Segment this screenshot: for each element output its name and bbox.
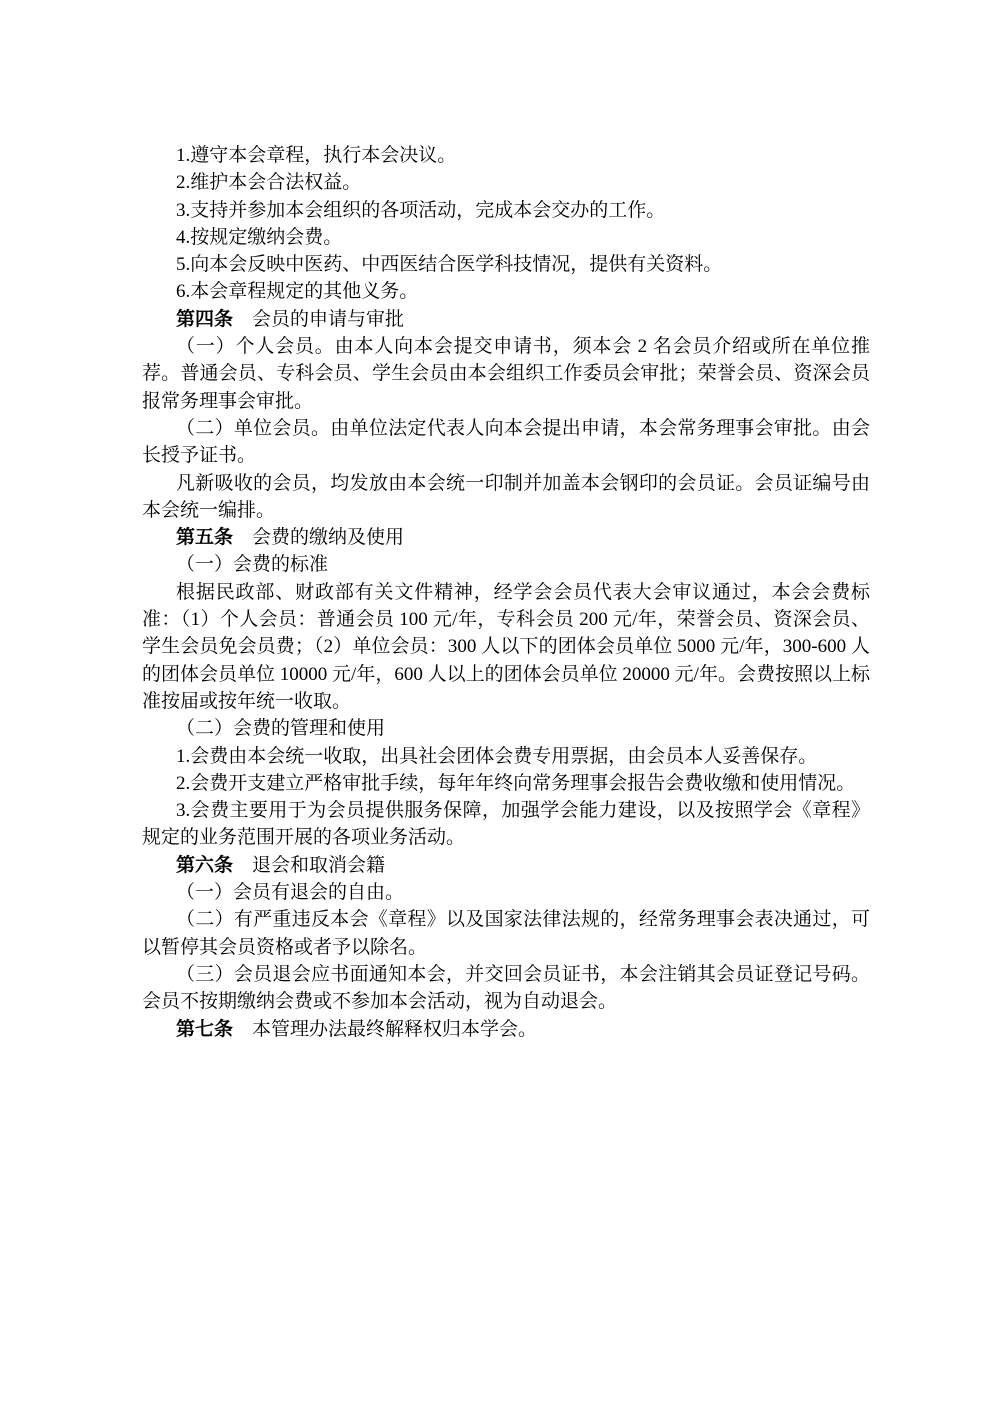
- article-paragraph: 第六条 退会和取消会籍: [142, 852, 870, 879]
- article-title: 会员的申请与审批: [233, 309, 404, 330]
- text-paragraph: 1.会费由本会统一收取，出具社会团体会费专用票据，由会员本人妥善保存。: [142, 743, 870, 770]
- article-paragraph: 第五条 会费的缴纳及使用: [142, 524, 870, 551]
- article-number: 第六条: [176, 855, 233, 876]
- article-number: 第四条: [176, 309, 233, 330]
- paragraph-text: 3.会费主要用于为会员提供服务保障，加强学会能力建设，以及按照学会《章程》规定的…: [142, 800, 870, 848]
- paragraph-text: （一）会费的标准: [176, 554, 328, 575]
- paragraph-text: （一）个人会员。由本人向本会提交申请书，须本会 2 名会员介绍或所在单位推荐。普…: [142, 336, 870, 412]
- text-paragraph: （一）会费的标准: [142, 551, 870, 578]
- text-paragraph: 根据民政部、财政部有关文件精神，经学会会员代表大会审议通过，本会会费标准：（1）…: [142, 579, 870, 715]
- article-paragraph: 第四条 会员的申请与审批: [142, 306, 870, 333]
- text-paragraph: （一）个人会员。由本人向本会提交申请书，须本会 2 名会员介绍或所在单位推荐。普…: [142, 333, 870, 415]
- text-paragraph: （一）会员有退会的自由。: [142, 879, 870, 906]
- text-paragraph: 4.按规定缴纳会费。: [142, 224, 870, 251]
- article-title: 本管理办法最终解释权归本学会。: [233, 1019, 537, 1040]
- document-page: 1.遵守本会章程，执行本会决议。 2.维护本会合法权益。 3.支持并参加本会组织…: [0, 0, 1000, 1414]
- text-paragraph: 6.本会章程规定的其他义务。: [142, 278, 870, 305]
- article-number: 第五条: [176, 527, 233, 548]
- paragraph-text: 凡新吸收的会员，均发放由本会统一印制并加盖本会钢印的会员证。会员证编号由本会统一…: [142, 473, 870, 521]
- text-paragraph: （二）会费的管理和使用: [142, 715, 870, 742]
- paragraph-text: （二）会费的管理和使用: [176, 718, 385, 739]
- text-paragraph: 3.支持并参加本会组织的各项活动，完成本会交办的工作。: [142, 197, 870, 224]
- article-title: 会费的缴纳及使用: [233, 527, 404, 548]
- text-paragraph: 3.会费主要用于为会员提供服务保障，加强学会能力建设，以及按照学会《章程》规定的…: [142, 797, 870, 852]
- text-paragraph: （二）有严重违反本会《章程》以及国家法律法规的，经常务理事会表决通过，可以暂停其…: [142, 906, 870, 961]
- paragraph-text: 根据民政部、财政部有关文件精神，经学会会员代表大会审议通过，本会会费标准：（1）…: [142, 582, 870, 712]
- paragraph-text: 5.向本会反映中医药、中西医结合医学科技情况，提供有关资料。: [176, 254, 722, 275]
- article-title: 退会和取消会籍: [233, 855, 385, 876]
- text-paragraph: 凡新吸收的会员，均发放由本会统一印制并加盖本会钢印的会员证。会员证编号由本会统一…: [142, 470, 870, 525]
- paragraph-text: 1.会费由本会统一收取，出具社会团体会费专用票据，由会员本人妥善保存。: [176, 746, 817, 767]
- paragraph-text: （一）会员有退会的自由。: [176, 882, 404, 903]
- paragraph-text: 3.支持并参加本会组织的各项活动，完成本会交办的工作。: [176, 200, 665, 221]
- paragraph-text: （三）会员退会应书面通知本会，并交回会员证书，本会注销其会员证登记号码。会员不按…: [142, 964, 870, 1012]
- paragraph-text: （二）单位会员。由单位法定代表人向本会提出申请，本会常务理事会审批。由会长授予证…: [142, 418, 870, 466]
- paragraph-text: 4.按规定缴纳会费。: [176, 227, 342, 248]
- paragraph-text: （二）有严重违反本会《章程》以及国家法律法规的，经常务理事会表决通过，可以暂停其…: [142, 909, 870, 957]
- text-paragraph: 5.向本会反映中医药、中西医结合医学科技情况，提供有关资料。: [142, 251, 870, 278]
- paragraph-text: 2.会费开支建立严格审批手续，每年年终向常务理事会报告会费收缴和使用情况。: [176, 773, 855, 794]
- text-paragraph: （二）单位会员。由单位法定代表人向本会提出申请，本会常务理事会审批。由会长授予证…: [142, 415, 870, 470]
- text-paragraph: 2.维护本会合法权益。: [142, 169, 870, 196]
- text-paragraph: 2.会费开支建立严格审批手续，每年年终向常务理事会报告会费收缴和使用情况。: [142, 770, 870, 797]
- article-number: 第七条: [176, 1019, 233, 1040]
- paragraph-text: 2.维护本会合法权益。: [176, 172, 361, 193]
- paragraph-text: 6.本会章程规定的其他义务。: [176, 281, 418, 302]
- article-paragraph: 第七条 本管理办法最终解释权归本学会。: [142, 1016, 870, 1043]
- text-paragraph: 1.遵守本会章程，执行本会决议。: [142, 142, 870, 169]
- text-paragraph: （三）会员退会应书面通知本会，并交回会员证书，本会注销其会员证登记号码。会员不按…: [142, 961, 870, 1016]
- paragraph-text: 1.遵守本会章程，执行本会决议。: [176, 145, 456, 166]
